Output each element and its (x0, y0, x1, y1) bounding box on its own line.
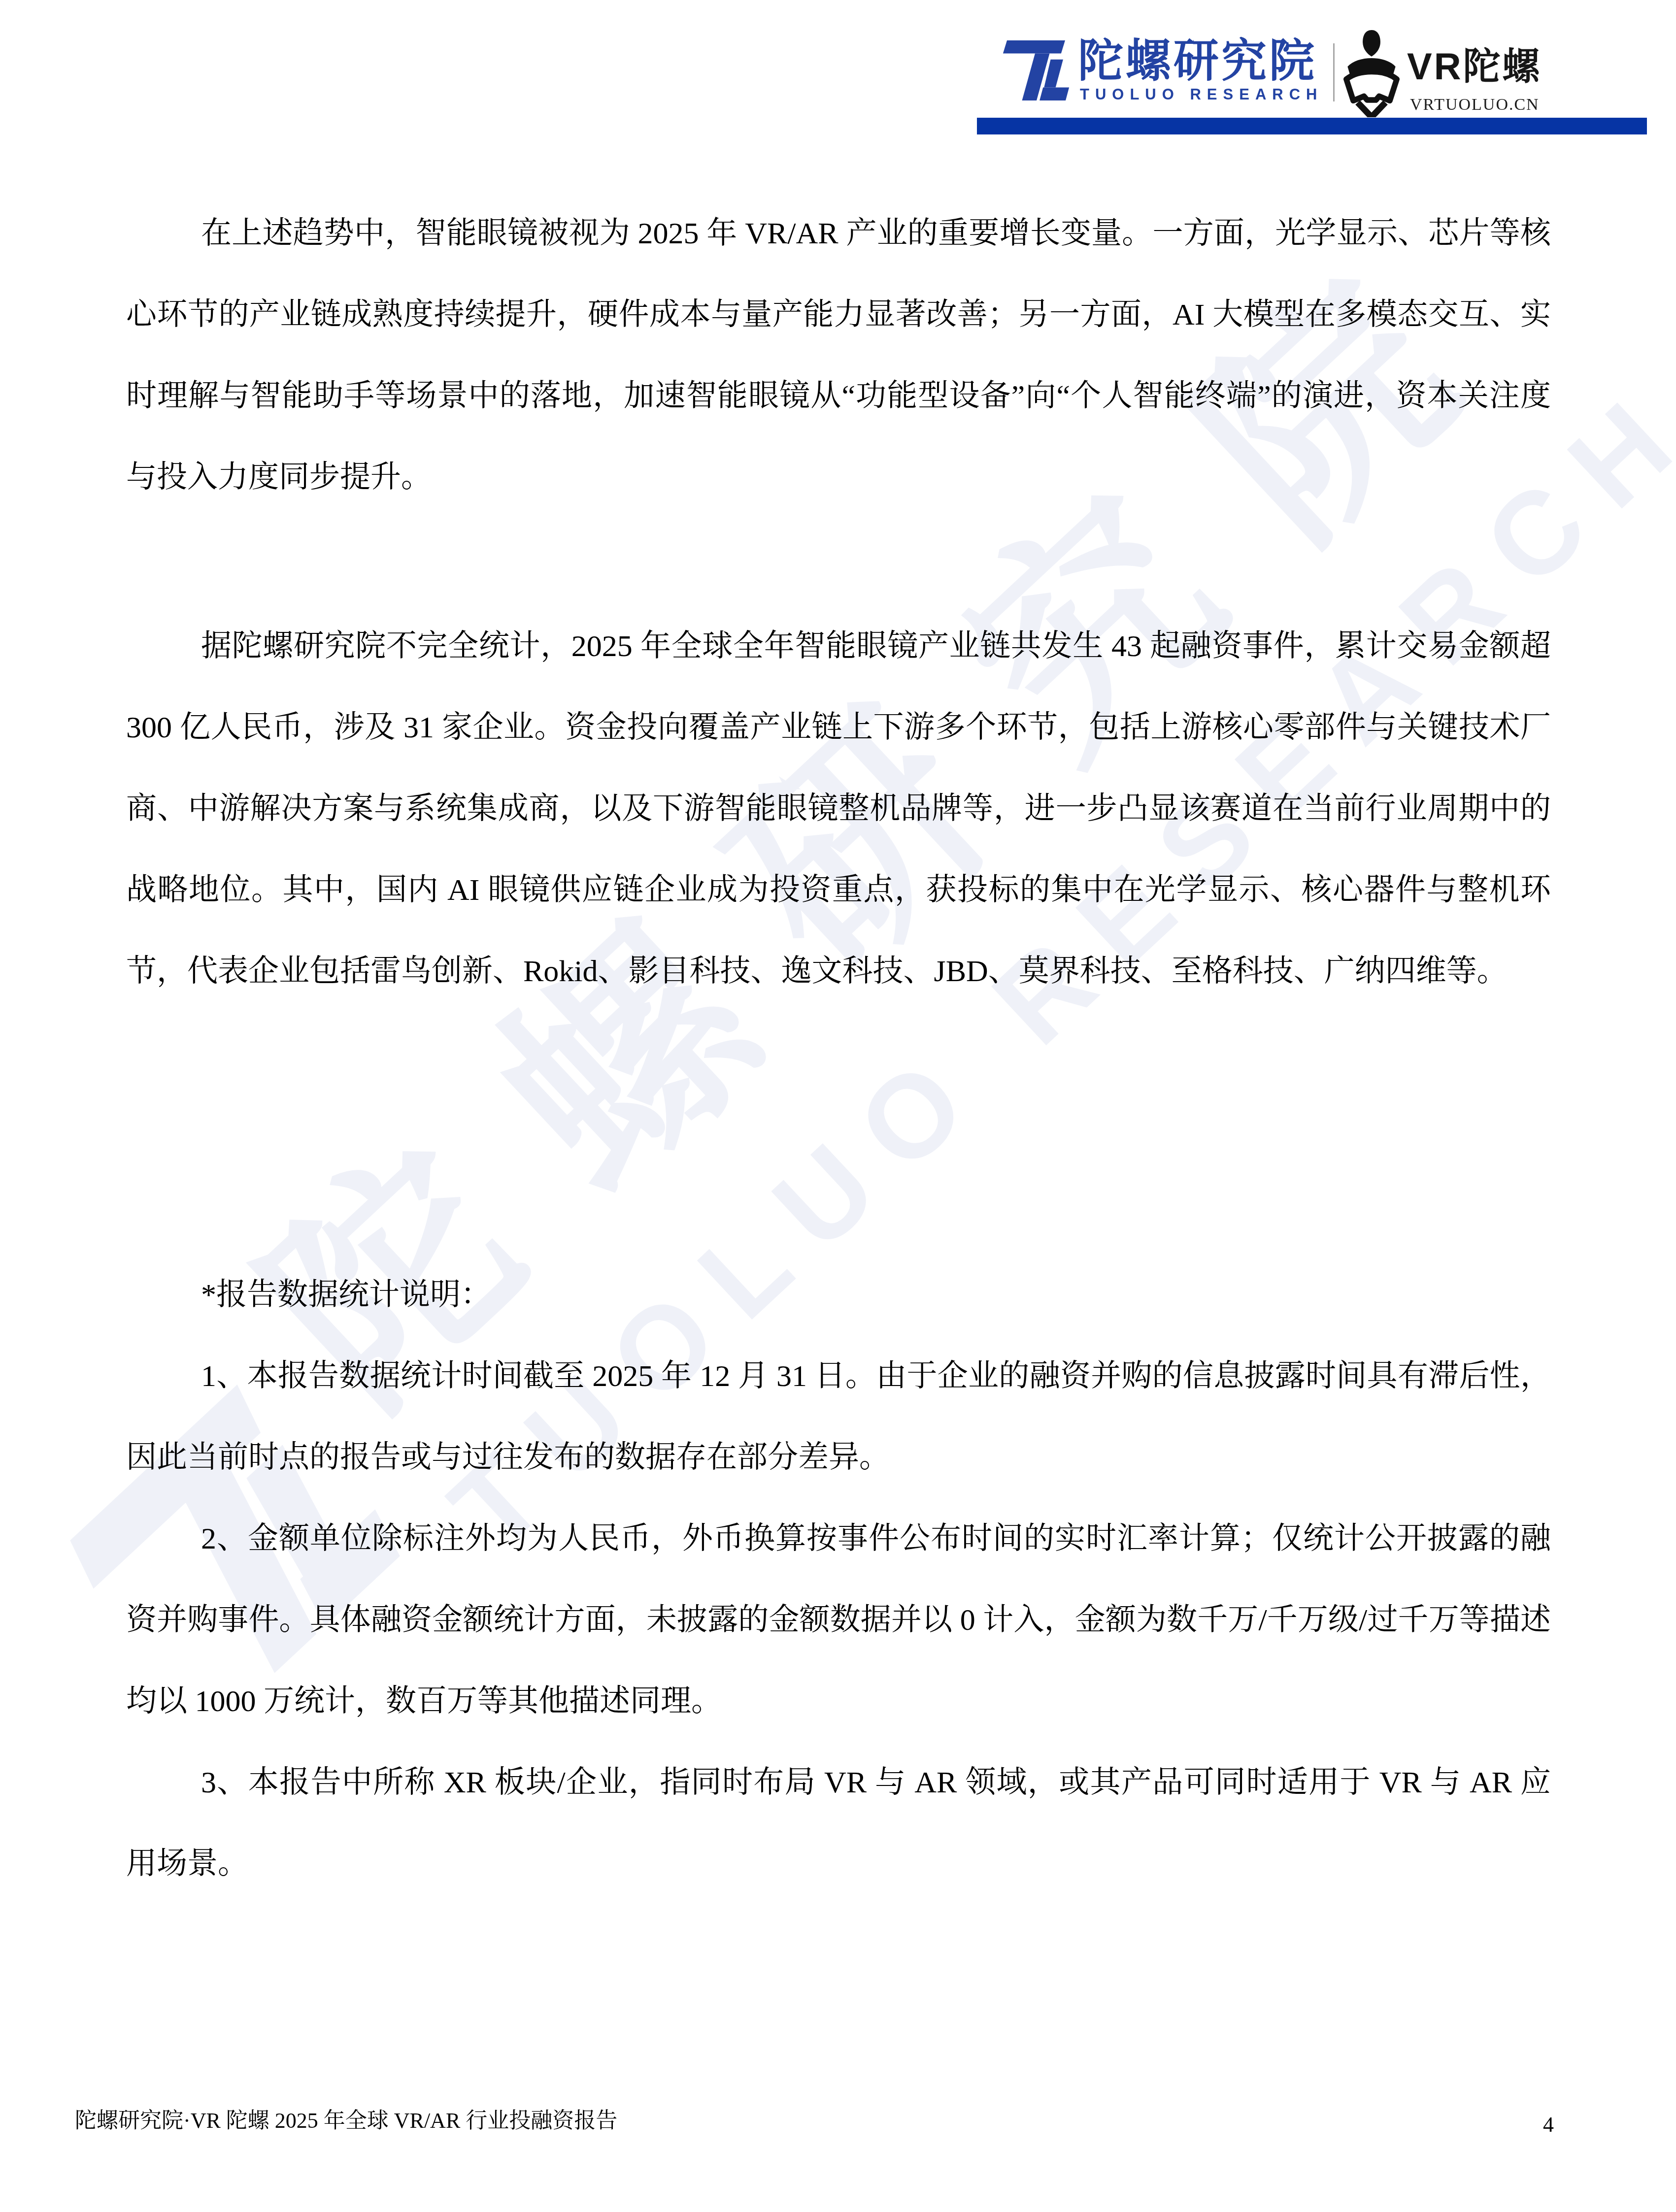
page-footer: 陀螺研究院·VR 陀螺 2025 年全球 VR/AR 行业投融资报告 4 (0, 0, 1676, 2212)
report-page: 陀螺研究院 TUOLUO RESEARCH 陀螺研究院 TUOLUO RESEA… (0, 0, 1676, 2212)
page-number: 4 (1543, 2112, 1554, 2138)
footer-report-title: 陀螺研究院·VR 陀螺 2025 年全球 VR/AR 行业投融资报告 (75, 2108, 617, 2134)
